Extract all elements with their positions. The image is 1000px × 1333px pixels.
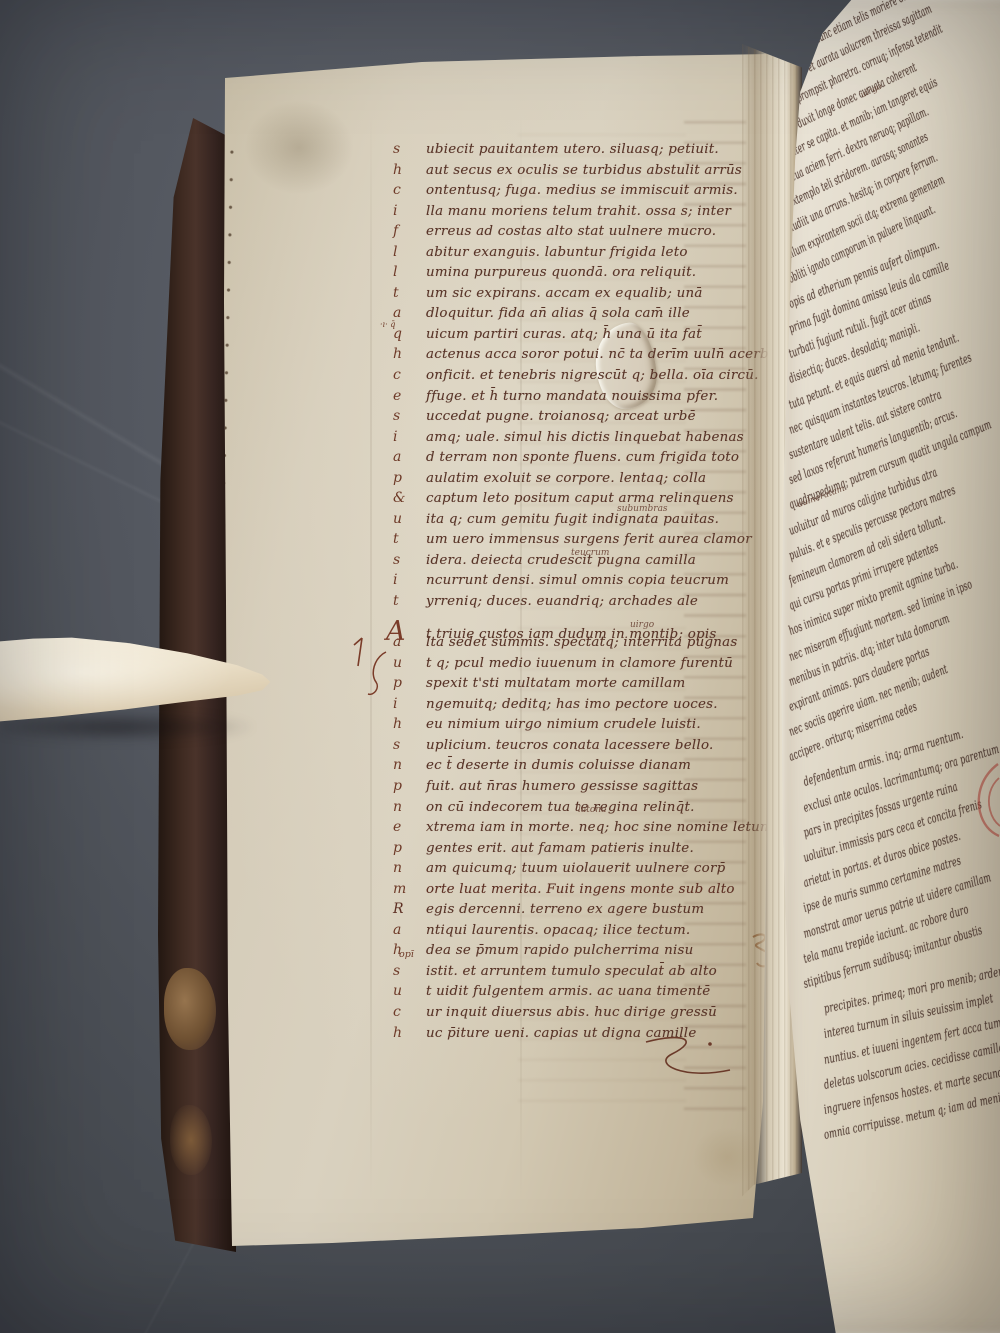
line-initial: n [393, 799, 426, 815]
left-page: s ubiecit pauitantem utero. siluasq; pet… [222, 52, 778, 1248]
manuscript-line: p gentes erit. aut famam patieris inulte… [393, 840, 778, 861]
manuscript-line: h aut secus ex oculis se turbidus abstul… [393, 162, 778, 183]
line-initial: R [393, 901, 426, 917]
line-text: eu nimium uirgo nimium crudele luisti. [426, 717, 701, 732]
line-initial: i [393, 572, 426, 588]
line-initial: a [393, 449, 426, 465]
manuscript-line: p fuit. aut n̄ras humero gessisse sagitt… [393, 778, 778, 799]
line-initial: s [393, 408, 426, 424]
manuscript-line: s ubiecit pauitantem utero. siluasq; pet… [393, 141, 778, 162]
manuscript-line: A t triuie custos iam dudum in montib; o… [393, 614, 778, 635]
line-text: actenus acca soror potui. nc̄ ta derīm u… [426, 347, 778, 362]
manuscript-line: l abitur exanguis. labuntur frigida leto [393, 244, 778, 265]
manuscript-line: e xtrema iam in morte. neq; hoc sine nom… [393, 819, 778, 840]
manuscript-line: h eu nimium uirgo nimium crudele luisti. [393, 716, 778, 737]
manuscript-line: h actenus acca soror potui. nc̄ ta derīm… [393, 346, 778, 367]
line-text: gentes erit. aut famam patieris inulte. [426, 841, 694, 856]
line-text: captum leto positum caput arma relinquen… [426, 491, 734, 506]
manuscript-line: s uplicium. teucros conata lacessere bel… [393, 737, 778, 758]
line-text: ur inquit diuersus abis. huc dirige gres… [426, 1005, 717, 1020]
line-text: aulatim exoluit se corpore. lentaq; coll… [426, 471, 706, 486]
line-initial: h [393, 162, 426, 178]
manuscript-line: c ontentusq; fuga. medius se immiscuit a… [393, 182, 778, 203]
line-text: spexit t'sti multatam morte camillam [426, 676, 685, 691]
line-initial: s [393, 552, 426, 568]
manuscript-line: i amq; uale. simul his dictis linquebat … [393, 429, 778, 450]
spine-damage-patch [170, 1105, 212, 1175]
manuscript-line: R egis dercenni. terreno ex agere bustum [393, 901, 778, 922]
line-initial: a [393, 305, 426, 321]
manuscript-line: a ntiqui laurentis. opacaq; ilice tectum… [393, 922, 778, 943]
line-text: fuit. aut n̄ras humero gessisse sagittas [426, 779, 698, 794]
line-text: uc p̄iture ueni. capias ut digna camille [426, 1026, 697, 1041]
manuscript-line: f erreus ad costas alto stat uulnere muc… [393, 223, 778, 244]
line-text: istit. et arruntem tumulo speculat̄ ab a… [426, 964, 717, 979]
line-text: yrreniq; duces. euandriq; archades ale [426, 594, 698, 609]
line-text: umina purpureus quondā. ora reliquit. [426, 265, 696, 280]
line-initial: a [393, 922, 426, 938]
parchment-crease [370, 112, 372, 1202]
line-text: ntiqui laurentis. opacaq; ilice tectum. [426, 923, 690, 938]
manuscript-line: p aulatim exoluit se corpore. lentaq; co… [393, 470, 778, 491]
line-text: t uidit fulgentem armis. ac uana timentē [426, 984, 710, 999]
line-text: abitur exanguis. labuntur frigida leto [426, 245, 688, 260]
manuscript-line: s istit. et arruntem tumulo speculat̄ ab… [393, 963, 778, 984]
marginal-note: opī [399, 949, 414, 960]
line-initial: t [393, 531, 426, 547]
line-text: ita q; cum gemitu fugit indignata pauita… [426, 512, 719, 527]
line-text: uplicium. teucros conata lacessere bello… [426, 738, 714, 753]
line-text: orte luat merita. Fuit ingens monte sub … [426, 882, 735, 897]
manuscript-line: a d terram non sponte fluens. cum frigid… [393, 449, 778, 470]
line-text: ffuge. et h̄ turno mandata nouissima pfe… [426, 389, 718, 404]
line-text: amq; uale. simul his dictis linquebat ha… [426, 430, 744, 445]
line-initial: s [393, 737, 426, 753]
line-initial: c [393, 182, 426, 198]
red-stamp-fragment [974, 760, 1000, 840]
manuscript-line: s uccedat pugne. troianosq; arceat urbē [393, 408, 778, 429]
manuscript-line: i lla manu moriens telum trahit. ossa s;… [393, 203, 778, 224]
line-initial: f [393, 223, 426, 239]
line-initial: p [393, 778, 426, 794]
line-initial: p [393, 840, 426, 856]
manuscript-line: q uicum partiri curas. atq; h̄ una ū ita… [393, 326, 778, 347]
manuscript-line: u ita q; cum gemitu fugit indignata paui… [393, 511, 778, 532]
line-text: onficit. et tenebris nigrescūt q; bella.… [426, 368, 759, 383]
line-initial: n [393, 860, 426, 876]
line-text: lla manu moriens telum trahit. ossa s; i… [426, 204, 731, 219]
manuscript-line: i ncurrunt densi. simul omnis copia teuc… [393, 572, 778, 593]
manuscript-line: t yrreniq; duces. euandriq; archades ale [393, 593, 778, 614]
line-initial: h [393, 1025, 426, 1041]
line-initial: & [393, 490, 426, 506]
manuscript-line: p spexit t'sti multatam morte camillam [393, 675, 778, 696]
interlinear-gloss: uirgo [630, 620, 654, 630]
line-text: uicum partiri curas. atq; h̄ una ū ita f… [426, 327, 702, 342]
line-initial: p [393, 470, 426, 486]
marginal-note: ·ı· q̄ [380, 320, 395, 329]
line-text: egis dercenni. terreno ex agere bustum [426, 902, 704, 917]
line-initial: i [393, 429, 426, 445]
line-text: erreus ad costas alto stat uulnere mucro… [426, 224, 716, 239]
line-text: ec t̄ deserte in dumis coluisse dianam [426, 758, 691, 773]
manuscript-line: l umina purpureus quondā. ora reliquit. [393, 264, 778, 285]
spine-damage-patch [164, 968, 216, 1050]
line-text: am quicumq; tuum uiolauerit uulnere corp… [426, 861, 725, 876]
line-initial: p [393, 675, 426, 691]
line-text: ngemuitq; deditq; has imo pectore uoces. [426, 697, 718, 712]
manuscript-line: a lta sedet summis. spectatq; interrita … [393, 634, 778, 655]
manuscript-line: a dloquitur. fida an̄ alias q̄ sola cam̄… [393, 305, 778, 326]
line-text: dea se p̄mum rapido pulcherrima nisu [426, 943, 693, 958]
manuscript-line: u t q; pcul medio iuuenum in clamore fur… [393, 655, 778, 676]
line-text: on cū indecorem tua te regina relinq̄t. [426, 800, 695, 815]
line-initial: n [393, 757, 426, 773]
line-initial: m [393, 881, 426, 897]
line-initial: c [393, 1004, 426, 1020]
line-initial: t [393, 593, 426, 609]
parchment-stain [244, 100, 354, 195]
line-text: dloquitur. fida an̄ alias q̄ sola cam̄ i… [426, 306, 690, 321]
manuscript-line: n ec t̄ deserte in dumis coluisse dianam [393, 757, 778, 778]
line-text: ontentusq; fuga. medius se immiscuit arm… [426, 183, 738, 198]
line-initial: h [393, 716, 426, 732]
line-initial: c [393, 367, 426, 383]
manuscript-line: e ffuge. et h̄ turno mandata nouissima p… [393, 388, 778, 409]
manuscript-line: h dea se p̄mum rapido pulcherrima nisu [393, 942, 778, 963]
line-initial: e [393, 388, 426, 404]
line-initial: u [393, 983, 426, 999]
manuscript-line: u t uidit fulgentem armis. ac uana timen… [393, 983, 778, 1004]
manuscript-line: & captum leto positum caput arma relinqu… [393, 490, 778, 511]
right-page-text-block: premia. tunc etiam telis moriere diane.d… [791, 44, 1000, 1152]
interlinear-gloss: subumbras [617, 504, 668, 514]
manuscript-line: m orte luat merita. Fuit ingens monte su… [393, 881, 778, 902]
line-initial: s [393, 963, 426, 979]
manuscript-text-block: s ubiecit pauitantem utero. siluasq; pet… [393, 141, 778, 1045]
line-text: ncurrunt densi. simul omnis copia teucru… [426, 573, 729, 588]
initial-flourish [364, 648, 394, 700]
line-text: idera. deiecta crudescit pugna camilla [426, 553, 696, 568]
line-initial: i [393, 203, 426, 219]
line-initial: h [393, 346, 426, 362]
line-text: d terram non sponte fluens. cum frigida … [426, 450, 739, 465]
line-initial: t [393, 285, 426, 301]
interlinear-gloss: latona [578, 805, 606, 815]
line-text: lta sedet summis. spectatq; interrita pu… [426, 635, 738, 650]
line-initial: l [393, 244, 426, 260]
manuscript-line: n am quicumq; tuum uiolauerit uulnere co… [393, 860, 778, 881]
insertion-mark [346, 630, 370, 670]
manuscript-line: c ur inquit diuersus abis. huc dirige gr… [393, 1004, 778, 1025]
manuscript-line: t um sic expirans. accam ex equalib; unā [393, 285, 778, 306]
line-initial: A [386, 616, 419, 647]
line-text: aut secus ex oculis se turbidus abstulit… [426, 163, 742, 178]
line-text: ubiecit pauitantem utero. siluasq; petiu… [426, 142, 719, 157]
manuscript-line: i ngemuitq; deditq; has imo pectore uoce… [393, 696, 778, 717]
line-initial: q [393, 326, 426, 342]
manuscript-line: c onficit. et tenebris nigrescūt q; bell… [393, 367, 778, 388]
line-initial: s [393, 141, 426, 157]
right-page: premia. tunc etiam telis moriere diane.d… [778, 0, 1000, 1333]
manuscript-photo: s ubiecit pauitantem utero. siluasq; pet… [0, 0, 1000, 1333]
interlinear-gloss: teucrum [571, 548, 609, 558]
manuscript-line: h uc p̄iture ueni. capias ut digna camil… [393, 1025, 778, 1046]
line-initial: u [393, 655, 426, 671]
line-initial: i [393, 696, 426, 712]
line-initial: e [393, 819, 426, 835]
line-text: uccedat pugne. troianosq; arceat urbē [426, 409, 696, 424]
line-text: um uero immensus surgens ferit aurea cla… [426, 532, 752, 547]
line-text: xtrema iam in morte. neq; hoc sine nomin… [426, 820, 773, 835]
line-initial: l [393, 264, 426, 280]
line-initial: u [393, 511, 426, 527]
line-text: um sic expirans. accam ex equalib; unā [426, 286, 703, 301]
line-text: t q; pcul medio iuuenum in clamore furen… [426, 656, 733, 671]
